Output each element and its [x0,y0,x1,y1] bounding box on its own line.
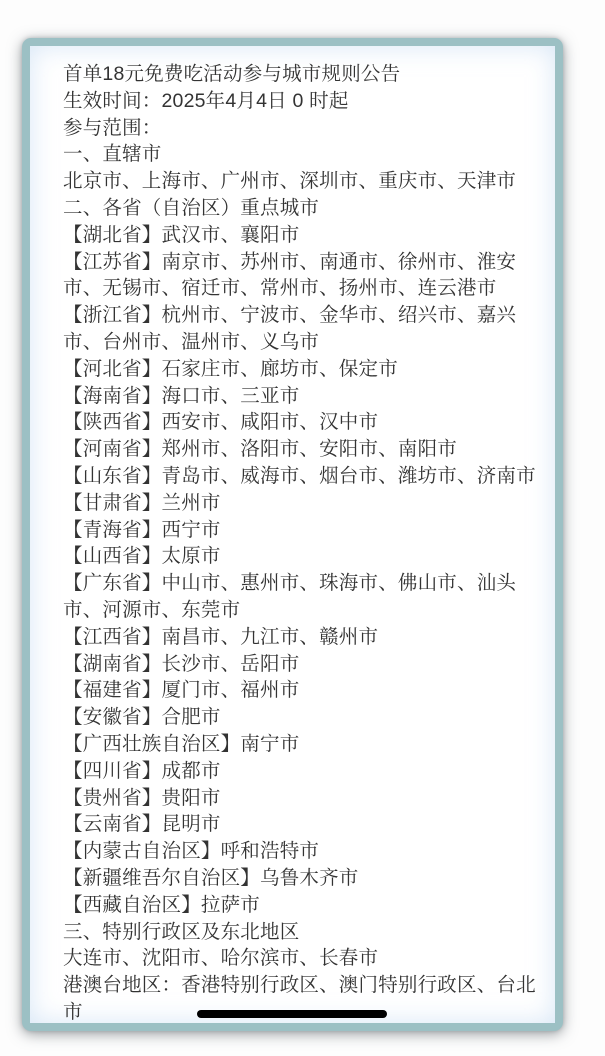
document-line: 【内蒙古自治区】呼和浩特市 [63,838,547,865]
document-line: 【广东省】中山市、惠州市、珠海市、佛山市、汕头 [63,570,547,597]
document-line: 【河南省】郑州市、洛阳市、安阳市、南阳市 [63,436,547,463]
document-line: 三、特别行政区及东北地区 [63,919,547,946]
document-line: 二、各省（自治区）重点城市 [63,195,547,222]
document-line: 市、无锡市、宿迁市、常州市、扬州市、连云港市 [63,275,547,302]
document-line: 【浙江省】杭州市、宁波市、金华市、绍兴市、嘉兴 [63,302,547,329]
document-line: 【陕西省】西安市、咸阳市、汉中市 [63,409,547,436]
document-line: 【江西省】南昌市、九江市、赣州市 [63,624,547,651]
home-indicator-bar [197,1010,387,1018]
document-line: 大连市、沈阳市、哈尔滨市、长春市 [63,945,547,972]
effective-date-line: 生效时间：2025年4月4日 0 时起 [63,88,547,115]
document-line: 一、直辖市 [63,141,547,168]
document-line: 【山东省】青岛市、威海市、烟台市、潍坊市、济南市 [63,463,547,490]
document-line: 港澳台地区：香港特别行政区、澳门特别行政区、台北 [63,972,547,999]
document-line: 市、台州市、温州市、义乌市 [63,329,547,356]
document-line: 【海南省】海口市、三亚市 [63,383,547,410]
document-line: 参与范围： [63,115,547,142]
document-line: 【四川省】成都市 [63,758,547,785]
document-line: 市、河源市、东莞市 [63,597,547,624]
document-line: 【新疆维吾尔自治区】乌鲁木齐市 [63,865,547,892]
announcement-body: 首单18元免费吃活动参与城市规则公告 生效时间：2025年4月4日 0 时起 参… [30,46,555,1023]
document-line: 【湖南省】长沙市、岳阳市 [63,651,547,678]
document-line: 【河北省】石家庄市、廊坊市、保定市 [63,356,547,383]
announcement-card: 首单18元免费吃活动参与城市规则公告 生效时间：2025年4月4日 0 时起 参… [22,38,563,1031]
document-line: 【福建省】厦门市、福州市 [63,677,547,704]
document-line: 【山西省】太原市 [63,543,547,570]
document-line: 【江苏省】南京市、苏州市、南通市、徐州市、淮安 [63,249,547,276]
document-line: 【湖北省】武汉市、襄阳市 [63,222,547,249]
announcement-title: 首单18元免费吃活动参与城市规则公告 [63,61,547,88]
document-line: 【甘肃省】兰州市 [63,490,547,517]
document-line: 【西藏自治区】拉萨市 [63,892,547,919]
document-line: 【安徽省】合肥市 [63,704,547,731]
document-line: 【广西壮族自治区】南宁市 [63,731,547,758]
document-line: 北京市、上海市、广州市、深圳市、重庆市、天津市 [63,168,547,195]
document-line: 【贵州省】贵阳市 [63,785,547,812]
document-line: 【云南省】昆明市 [63,811,547,838]
document-line: 【青海省】西宁市 [63,517,547,544]
